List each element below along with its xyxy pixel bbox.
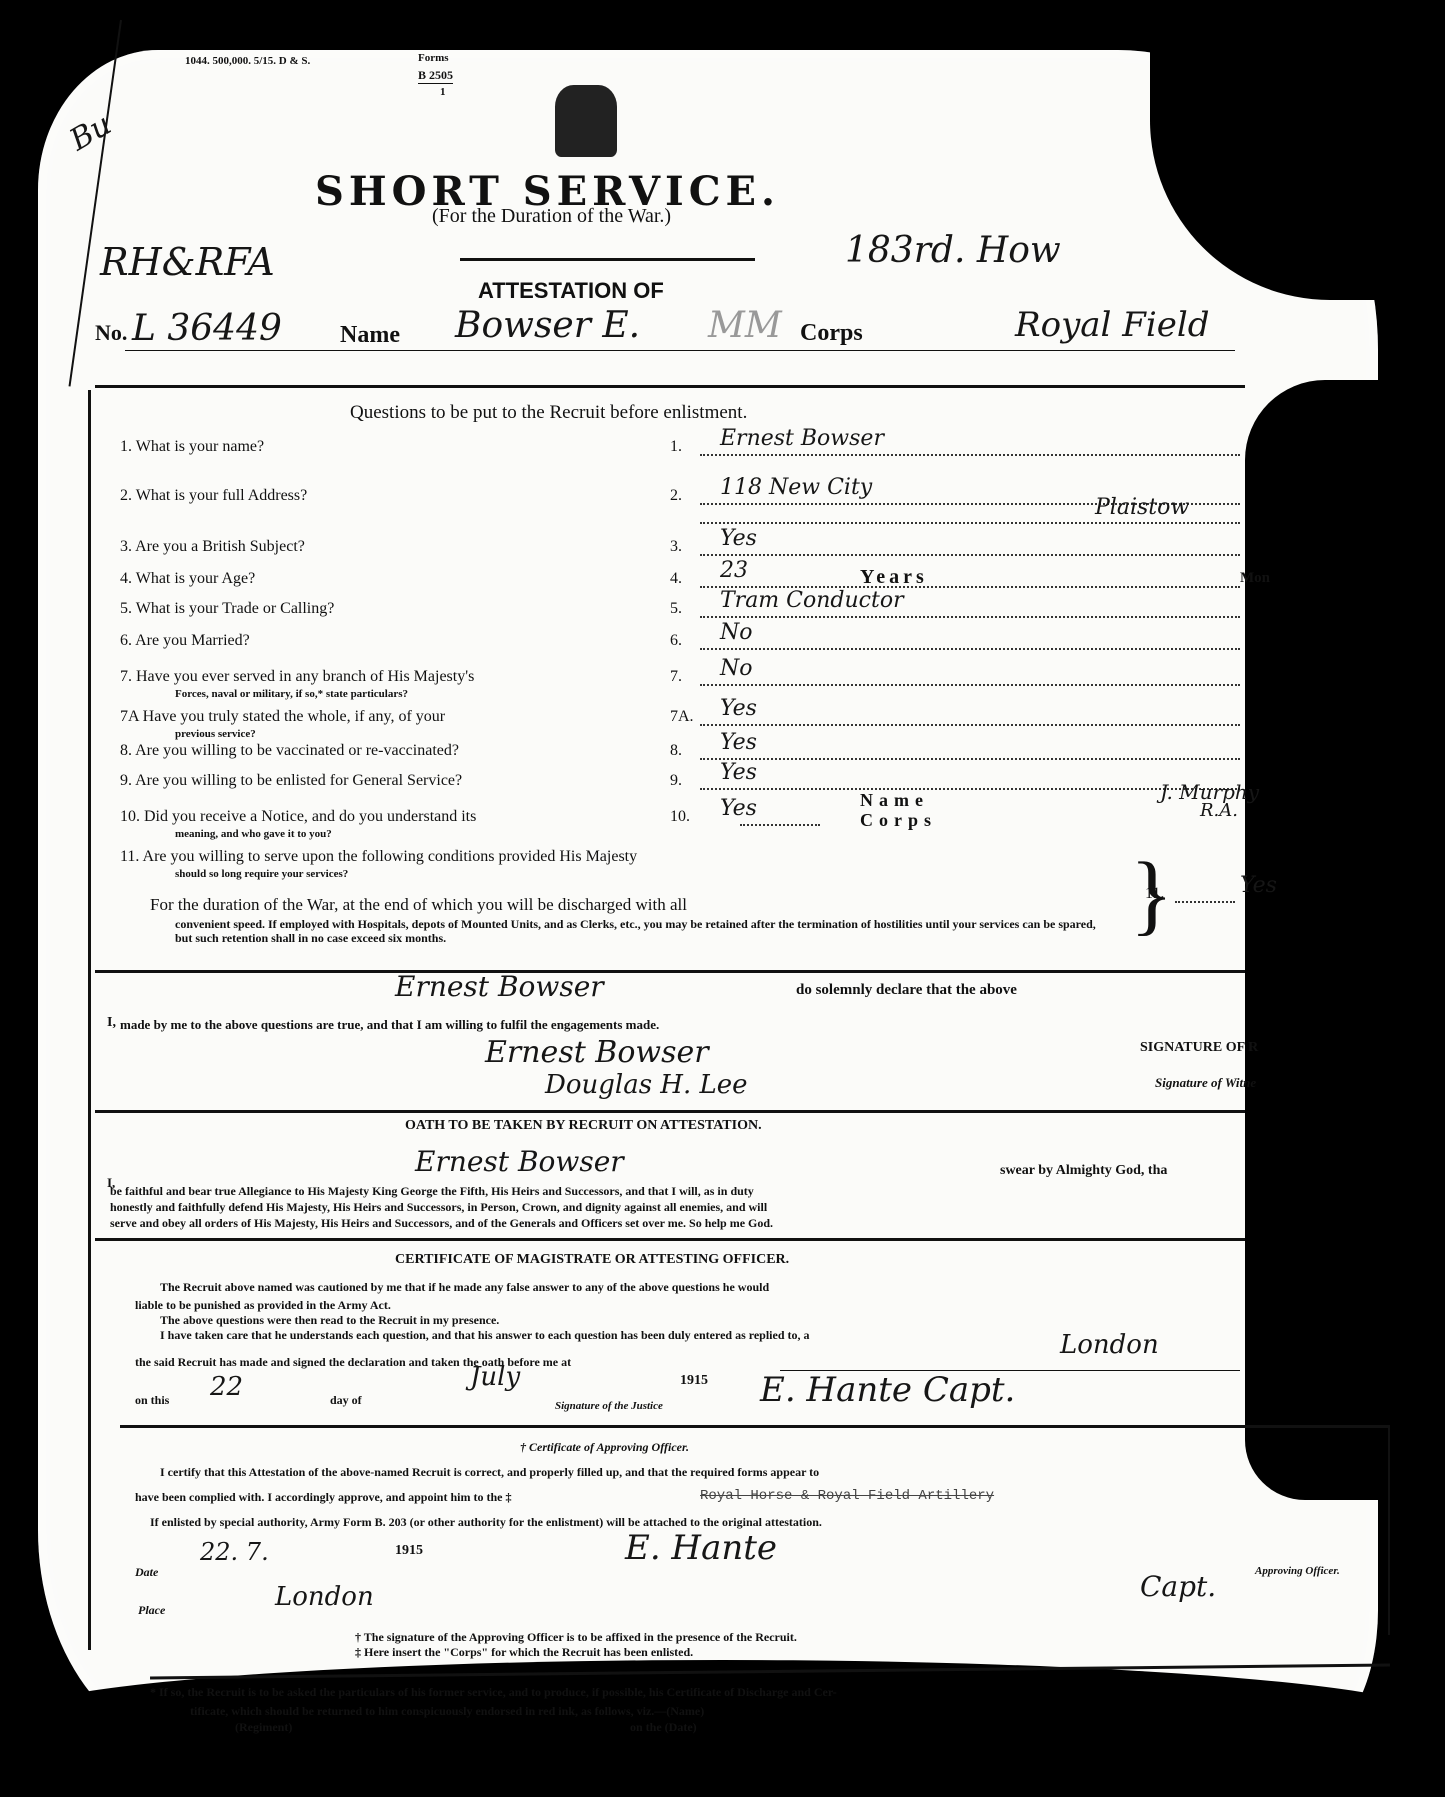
answer-number: 5. <box>670 600 682 618</box>
approval-date: 22. 7. <box>200 1538 269 1566</box>
oath-heading: OATH TO BE TAKEN BY RECRUIT ON ATTESTATI… <box>405 1118 762 1134</box>
approving-signature: E. Hante <box>625 1528 777 1568</box>
section-rule <box>95 385 1245 388</box>
form-subtitle: (For the Duration of the War.) <box>432 205 671 228</box>
answer-value: Yes <box>1240 873 1277 898</box>
answer-line <box>1175 901 1235 903</box>
justice-label: Signature of the Justice <box>555 1400 663 1412</box>
conditions-small: convenient speed. If employed with Hospi… <box>175 917 1105 945</box>
regimental-number: L 36449 <box>132 308 282 349</box>
declaration-text-2: made by me to the above questions are tr… <box>120 1017 659 1033</box>
question-text: 4. What is your Age? <box>120 570 255 588</box>
approval-line: I certify that this Attestation of the a… <box>160 1465 1380 1480</box>
approval-place: London <box>275 1582 374 1612</box>
answer-line <box>700 788 1240 790</box>
unit-handwritten: RH&RFA <box>100 240 275 284</box>
torn-edge <box>1245 380 1445 1500</box>
answer-line <box>700 758 1240 760</box>
day-of-label: day of <box>330 1393 362 1408</box>
attestation-place: London <box>1060 1330 1159 1360</box>
attestation-year: 1915 <box>680 1373 708 1389</box>
justice-signature: E. Hante Capt. <box>760 1370 1015 1410</box>
declaration-text: do solemnly declare that the above <box>796 982 1017 999</box>
answer-number: 10. <box>670 808 690 826</box>
answer-number: 6. <box>670 632 682 650</box>
question-text: 11. Are you willing to serve upon the fo… <box>120 848 637 866</box>
answer-number: 8. <box>670 742 682 760</box>
answer-line <box>700 724 1240 726</box>
form-sub: 1 <box>440 86 446 98</box>
approving-officer-label: Approving Officer. <box>1255 1565 1340 1577</box>
certificate-heading: CERTIFICATE OF MAGISTRATE OR ATTESTING O… <box>395 1252 789 1268</box>
corps-label: Corps <box>800 320 863 347</box>
answer-value: Yes <box>720 760 757 785</box>
on-this-label: on this <box>135 1393 169 1408</box>
question-text: 3. Are you a British Subject? <box>120 538 305 556</box>
underline <box>125 350 1235 351</box>
question-text: 9. Are you willing to be enlisted for Ge… <box>120 772 462 790</box>
answer-line <box>740 824 820 826</box>
answer-number: 2. <box>670 487 682 505</box>
answer-value: Yes <box>720 796 757 821</box>
certificate-line: liable to be punished as provided in the… <box>135 1298 391 1313</box>
witness-label: Signature of Witne <box>1155 1075 1256 1091</box>
declaration-name: Ernest Bowser <box>395 970 604 1003</box>
questions-heading: Questions to be put to the Recruit befor… <box>350 402 747 424</box>
no-label: No. <box>95 320 127 346</box>
answer-line <box>700 616 1240 618</box>
oath-text: be faithful and bear true Allegiance to … <box>110 1183 1250 1231</box>
answer-value: No <box>720 620 753 645</box>
approving-rank: Capt. <box>1140 1570 1216 1603</box>
footnote: ‡ Here insert the "Corps" for which the … <box>355 1645 693 1660</box>
notice-corps-label: Corps <box>860 810 937 831</box>
question-text: 5. What is your Trade or Calling? <box>120 600 334 618</box>
answer-value: Plaistow <box>1095 495 1189 520</box>
question-text: 2. What is your full Address? <box>120 487 307 505</box>
question-subtext: should so long require your services? <box>175 868 348 880</box>
conditions-text: For the duration of the War, at the end … <box>150 895 687 915</box>
age-months: Mon <box>1240 570 1270 587</box>
footer-line: tificate, which should be returned to hi… <box>190 1704 704 1719</box>
witness-signature: Douglas H. Lee <box>545 1070 748 1100</box>
left-border <box>88 390 91 1650</box>
certificate-line: The Recruit above named was cautioned by… <box>160 1280 1240 1295</box>
answer-line <box>700 684 1240 686</box>
date-label: Date <box>135 1565 158 1580</box>
notice-corps: R.A. <box>1200 800 1238 821</box>
question-text: 7. Have you ever served in any branch of… <box>120 668 474 686</box>
answer-value: No <box>720 656 753 681</box>
answer-value: Tram Conductor <box>720 588 904 613</box>
i-label: I, <box>107 1015 116 1031</box>
answer-line <box>700 454 1240 456</box>
attestation-heading: ATTESTATION OF <box>478 278 664 304</box>
battery-handwritten: 183rd. How <box>845 230 1061 271</box>
answer-number: 1. <box>670 438 682 456</box>
question-text: 8. Are you willing to be vaccinated or r… <box>120 742 459 760</box>
answer-value: Yes <box>720 696 757 721</box>
recruit-name: Bowser E. <box>455 305 640 346</box>
question-subtext: Forces, naval or military, if so,* state… <box>175 688 408 700</box>
name-label: Name <box>340 322 400 349</box>
recruit-signature: Ernest Bowser <box>485 1035 709 1070</box>
answer-line <box>700 648 1240 650</box>
corps-value: Royal Field <box>1015 305 1209 345</box>
answer-line <box>700 522 1240 524</box>
right-border <box>1388 1425 1390 1635</box>
approval-heading: † Certificate of Approving Officer. <box>520 1440 689 1455</box>
question-text: 6. Are you Married? <box>120 632 250 650</box>
footer-line: on the (Date) <box>630 1720 697 1735</box>
age-units: Years <box>860 566 928 589</box>
attestation-day: 22 <box>210 1372 243 1402</box>
section-rule <box>95 1110 1245 1113</box>
approval-line: have been complied with. I accordingly a… <box>135 1490 511 1505</box>
approval-year: 1915 <box>395 1543 423 1559</box>
form-number: B 2505 <box>418 68 453 84</box>
answer-number: 7A. <box>670 708 694 726</box>
oath-line: honestly and faithfully defend His Majes… <box>110 1199 1250 1215</box>
footnote: † The signature of the Approving Officer… <box>355 1630 797 1645</box>
notice-name-label: Name <box>860 790 929 811</box>
signature-label: SIGNATURE OF R <box>1140 1040 1258 1056</box>
answer-value: Yes <box>720 730 757 755</box>
oath-swear: swear by Almighty God, tha <box>1000 1163 1167 1179</box>
corps-stamp: Royal Horse & Royal Field Artillery <box>700 1488 994 1504</box>
section-rule <box>95 970 1245 973</box>
section-rule <box>95 1238 1245 1241</box>
form-label: Forms <box>418 52 449 64</box>
oath-name: Ernest Bowser <box>415 1145 624 1178</box>
question-text: 10. Did you receive a Notice, and do you… <box>120 808 476 826</box>
brace: } <box>1130 850 1173 940</box>
royal-crest-icon <box>555 85 617 157</box>
answer-number: 4. <box>670 570 682 588</box>
question-text: 7A Have you truly stated the whole, if a… <box>120 708 445 726</box>
title-rule <box>460 258 755 261</box>
answer-value: Ernest Bowser <box>720 426 884 451</box>
answer-value: 23 <box>720 558 748 583</box>
oath-line: be faithful and bear true Allegiance to … <box>110 1183 1250 1199</box>
section-rule <box>120 1425 1390 1428</box>
certificate-line: The above questions were then read to th… <box>160 1313 499 1328</box>
print-code: 1044. 500,000. 5/15. D & S. <box>185 55 310 67</box>
footer-line: * If so, the Recruit is to be asked the … <box>150 1685 1390 1700</box>
footer-line: (Regiment) <box>235 1720 292 1735</box>
attestation-month: July <box>470 1362 520 1392</box>
place-label: Place <box>138 1603 165 1618</box>
answer-value: Yes <box>720 526 757 551</box>
question-subtext: previous service? <box>175 728 256 740</box>
question-subtext: meaning, and who gave it to you? <box>175 828 332 840</box>
answer-number: 9. <box>670 772 682 790</box>
oath-line: serve and obey all orders of His Majesty… <box>110 1215 1250 1231</box>
answer-number: 3. <box>670 538 682 556</box>
answer-value: 118 New City <box>720 475 872 500</box>
question-text: 1. What is your name? <box>120 438 264 456</box>
torn-edge <box>0 1660 1445 1797</box>
answer-number: 7. <box>670 668 682 686</box>
mm-note: MM <box>708 305 782 346</box>
answer-line <box>700 554 1240 556</box>
